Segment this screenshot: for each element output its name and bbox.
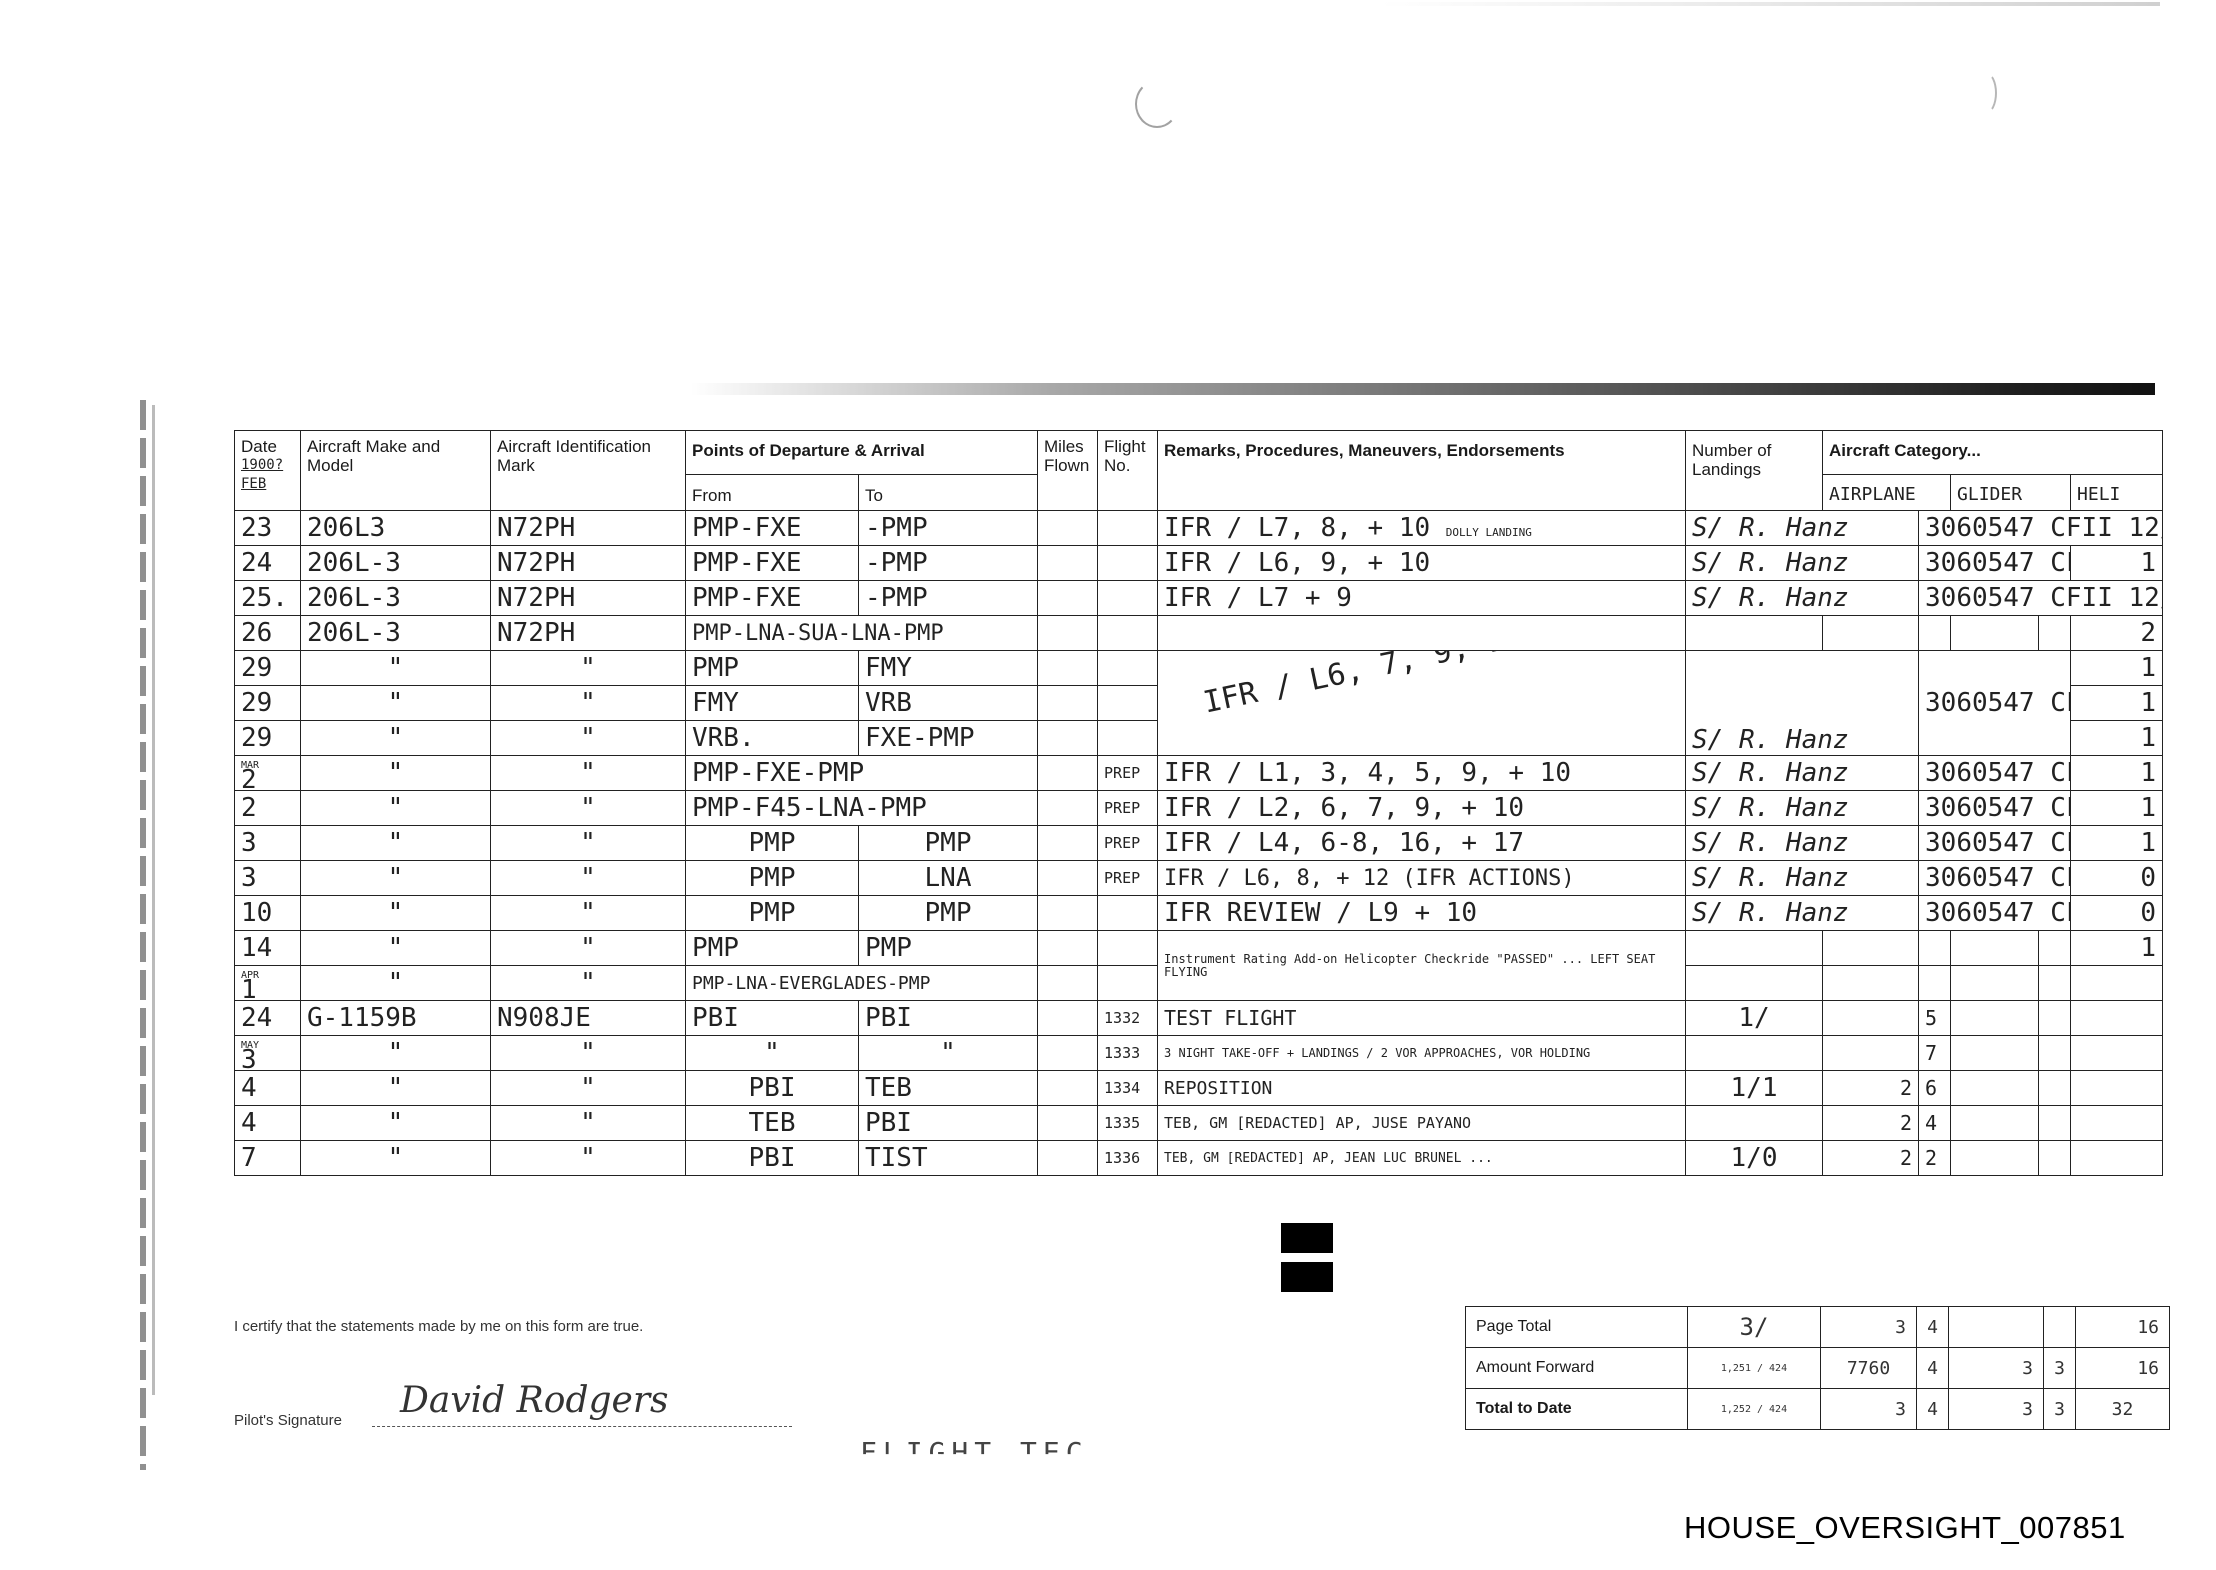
total-to-date-airplane: 3 [1821,1389,1917,1430]
amount-forward-glider: 3 [1949,1348,2044,1389]
cell-cfi-cert: 3060547 CFII 12/01 [1919,511,2163,546]
cell-miles [1038,861,1098,896]
cell-landings: 1/1 [1686,1071,1823,1106]
cell-ident: " [491,826,686,861]
cell-miles [1038,546,1098,581]
cell-make: " [301,896,491,931]
cell-flight [1098,686,1158,721]
cell-airplane: 2 [1823,1141,1919,1176]
cell-remarks: IFR / L1, 3, 4, 5, 9, + 10 [1158,756,1686,791]
cell-cat [1919,616,1951,651]
cell-heli [2071,1106,2163,1141]
cell-date: 24 [235,1001,301,1036]
total-to-date-airplane-min: 4 [1917,1389,1949,1430]
cell-make: 206L3 [301,511,491,546]
header-from: From [686,475,859,511]
cell-ident: " [491,1141,686,1176]
table-row: 29 " " PMP FMY IFR / L6, 7, 9, 10 + 11 S… [235,651,2163,686]
cell-cfi-cert: 3060547 CFII 12/01 [1919,896,2071,931]
cell-endorsement: S/ R. Hanz [1686,581,1919,616]
cell-flight: 1334 [1098,1071,1158,1106]
cell-remarks: IFR / L2, 6, 7, 9, + 10 [1158,791,1686,826]
header-cat-glider: GLIDER [1951,475,2071,511]
cell-cat [1951,616,2039,651]
cell-remarks: Instrument Rating Add-on Helicopter Chec… [1158,931,1686,1001]
cell-cat [2039,1071,2071,1106]
cell-remarks: TEB, GM [REDACTED] AP, JEAN LUC BRUNEL .… [1158,1141,1686,1176]
total-to-date-landings: 1,252 / 424 [1688,1389,1821,1430]
cell-heli [2071,1071,2163,1106]
totals-table: Page Total 3/ 3 4 16 Amount Forward 1,25… [1465,1306,2170,1430]
cell-airplane-minutes: 7 [1919,1036,1951,1071]
cell-remarks: IFR / L6, 7, 9, 10 + 11 [1158,651,1686,756]
cell-date: 23 [235,511,301,546]
header-miles: Miles Flown [1038,431,1098,511]
cell-ident: " [491,931,686,966]
cell-to: PBI [859,1001,1038,1036]
cell-heli: 1 [2071,546,2163,581]
amount-forward-glider-min: 3 [2044,1348,2076,1389]
cell-cat [1951,966,2039,1001]
cell-endorsement: S/ R. Hanz [1686,546,1919,581]
cell-airplane-minutes: 2 [1919,1141,1951,1176]
cell-miles [1038,931,1098,966]
cell-to: TEB [859,1071,1038,1106]
cell-cat [2039,1141,2071,1176]
table-row: 23 206L3 N72PH PMP-FXE -PMP IFR / L7, 8,… [235,511,2163,546]
cell-miles [1038,966,1098,1001]
table-row: 24 G-1159B N908JE PBI PBI 1332 TEST FLIG… [235,1001,2163,1036]
cell-date: MAY3 [235,1036,301,1071]
cell-remarks: REPOSITION [1158,1071,1686,1106]
header-cat-airplane: AIRPLANE [1823,475,1951,511]
cell-cat [1823,616,1919,651]
cell-cfi-cert: 3060547 CFII 12/01 [1919,791,2071,826]
cell-flight [1098,966,1158,1001]
cell-to: PMP [859,931,1038,966]
cell-heli [2071,1036,2163,1071]
cell-landings [1686,1106,1823,1141]
cell-airplane: 2 [1823,1071,1919,1106]
cell-airplane-minutes: 6 [1919,1071,1951,1106]
cell-cfi-cert: 3060547 CFII 12/01 [1919,546,2071,581]
cell-heli [2071,1001,2163,1036]
total-to-date-heli: 32 [2076,1389,2170,1430]
cell-endorsement: S/ R. Hanz [1686,651,1919,756]
cell-cat [1951,1071,2039,1106]
header-make-model: Aircraft Make and Model [301,431,491,511]
table-row: 7 " " PBI TIST 1336 TEB, GM [REDACTED] A… [235,1141,2163,1176]
cell-date: 26 [235,616,301,651]
cell-ident: N908JE [491,1001,686,1036]
cell-date: 29 [235,651,301,686]
certification-text: I certify that the statements made by me… [234,1318,643,1335]
cell-endorsement: S/ R. Hanz [1686,511,1919,546]
cell-cat [1919,931,1951,966]
cell-remarks: 3 NIGHT TAKE-OFF + LANDINGS / 2 VOR APPR… [1158,1036,1686,1071]
cell-cat [2039,1001,2071,1036]
cell-flight [1098,651,1158,686]
cell-flight [1098,511,1158,546]
cell-ident: " [491,1036,686,1071]
cell-cat [2039,616,2071,651]
cell-make: " [301,651,491,686]
cell-date: 4 [235,1106,301,1141]
cell-from: VRB. [686,721,859,756]
cell-heli: 1 [2071,721,2163,756]
cell-airplane: 2 [1823,1106,1919,1141]
cell-to: -PMP [859,511,1038,546]
signature-line [372,1426,792,1427]
cell-ident: N72PH [491,546,686,581]
cell-heli: 2 [2071,616,2163,651]
cell-remarks [1158,616,1686,651]
cell-to: PBI [859,1106,1038,1141]
scan-edge-top [1380,2,2160,6]
cell-miles [1038,791,1098,826]
cell-flight: 1336 [1098,1141,1158,1176]
cell-ident: N72PH [491,581,686,616]
cell-date: 3 [235,826,301,861]
header-cat-heli: HELI [2071,475,2163,511]
cell-airplane [1823,1036,1919,1071]
cell-endorsement: S/ R. Hanz [1686,826,1919,861]
cell-heli: 1 [2071,651,2163,686]
cell-route: PMP-F45-LNA-PMP [686,791,1038,826]
date-day: 2 [241,773,294,787]
binding-edge [140,400,146,1470]
cell-from: PMP-FXE [686,511,859,546]
cell-miles [1038,896,1098,931]
remarks-note: DOLLY LANDING [1446,526,1532,539]
cell-date: MAR2 [235,756,301,791]
cell-landings [1686,966,1823,1001]
cell-cat [1951,1141,2039,1176]
cell-cat [1919,966,1951,1001]
page-total-airplane: 3 [1821,1307,1917,1348]
cell-ident: " [491,966,686,1001]
cell-cfi-cert: 3060547 CFII 12/01 [1919,651,2071,756]
cell-ident: " [491,791,686,826]
cell-heli [2071,1141,2163,1176]
cell-cat [2039,966,2071,1001]
header-landings: Number of Landings [1686,431,1823,511]
cell-miles [1038,1071,1098,1106]
amount-forward-airplane: 7760 [1821,1348,1917,1389]
cell-endorsement: S/ R. Hanz [1686,756,1919,791]
cell-flight [1098,616,1158,651]
cell-from: PMP [686,931,859,966]
cell-make: " [301,1036,491,1071]
cell-flight: 1332 [1098,1001,1158,1036]
cell-remarks: IFR / L6, 9, + 10 [1158,546,1686,581]
cell-heli [2071,966,2163,1001]
header-date-label: Date [241,437,294,456]
cell-from: PMP [686,651,859,686]
cell-miles [1038,826,1098,861]
pilot-signature: David Rodgers [400,1380,669,1421]
cell-make: 206L-3 [301,616,491,651]
cell-make: 206L-3 [301,581,491,616]
header-date: Date 1900? FEB [235,431,301,511]
cell-ident: " [491,721,686,756]
cell-ident: N72PH [491,511,686,546]
cell-cfi-cert: 3060547 CFII 12/01 [1919,581,2163,616]
page-total-glider-min [2044,1307,2076,1348]
cell-make: " [301,931,491,966]
cell-cat [1823,966,1919,1001]
cell-make: " [301,686,491,721]
cell-cat [1951,1036,2039,1071]
redaction-block [1281,1223,1333,1253]
cell-from: PBI [686,1001,859,1036]
cell-from: TEB [686,1106,859,1141]
cell-landings: 1/0 [1686,1141,1823,1176]
cell-ident: " [491,861,686,896]
cell-ident: " [491,1071,686,1106]
cell-to: FXE-PMP [859,721,1038,756]
cell-remarks: IFR / L7, 8, + 10 DOLLY LANDING [1158,511,1686,546]
cell-remarks: TEB, GM [REDACTED] AP, JUSE PAYANO [1158,1106,1686,1141]
cell-from: PMP [686,896,859,931]
cell-heli: 1 [2071,756,2163,791]
cell-cat [1951,1001,2039,1036]
pilot-signature-label: Pilot's Signature [234,1412,342,1429]
header-points: Points of Departure & Arrival [686,431,1038,475]
cell-airplane-minutes: 4 [1919,1106,1951,1141]
page-total-label: Page Total [1466,1307,1688,1348]
cell-cat [2039,1106,2071,1141]
cell-to: TIST [859,1141,1038,1176]
cell-remarks: TEST FLIGHT [1158,1001,1686,1036]
cell-flight: PREP [1098,791,1158,826]
cell-heli: 0 [2071,861,2163,896]
cell-make: " [301,826,491,861]
cell-ident: " [491,896,686,931]
header-year: 1900? [241,456,294,475]
date-day: 3 [241,1053,294,1067]
cell-to: PMP [859,896,1038,931]
page-total-glider [1949,1307,2044,1348]
cell-date: 29 [235,721,301,756]
cell-make: " [301,966,491,1001]
cell-ident: N72PH [491,616,686,651]
cell-landings [1686,1036,1823,1071]
table-row: 4 " " PBI TEB 1334 REPOSITION 1/1 2 6 [235,1071,2163,1106]
cell-make: " [301,861,491,896]
cell-date: 29 [235,686,301,721]
cell-make: 206L-3 [301,546,491,581]
cell-from: " [686,1036,859,1071]
cell-remarks: IFR / L7 + 9 [1158,581,1686,616]
table-row: 10 " " PMP PMP IFR REVIEW / L9 + 10 S/ R… [235,896,2163,931]
cell-cat [2039,931,2071,966]
cell-flight: 1333 [1098,1036,1158,1071]
table-row: 3 " " PMP LNA PREP IFR / L6, 8, + 12 (IF… [235,861,2163,896]
cell-heli: 1 [2071,931,2163,966]
cell-date: 2 [235,791,301,826]
amount-forward-heli: 16 [2076,1348,2170,1389]
total-to-date-label: Total to Date [1466,1389,1688,1430]
header-ident-mark: Aircraft Identification Mark [491,431,686,511]
cell-heli: 1 [2071,791,2163,826]
cell-landings: 1/ [1686,1001,1823,1036]
cell-heli: 1 [2071,826,2163,861]
cell-airplane [1823,1001,1919,1036]
cell-date: 3 [235,861,301,896]
cell-to: LNA [859,861,1038,896]
cell-flight: 1335 [1098,1106,1158,1141]
cell-make: G-1159B [301,1001,491,1036]
cell-cat [1823,931,1919,966]
cell-miles [1038,511,1098,546]
cell-from: PMP-FXE [686,581,859,616]
cell-from: FMY [686,686,859,721]
cell-from: PBI [686,1071,859,1106]
page-total-heli: 16 [2076,1307,2170,1348]
cell-make: " [301,1071,491,1106]
total-to-date-row: Total to Date 1,252 / 424 3 4 3 3 32 [1466,1389,2170,1430]
cell-miles [1038,651,1098,686]
cell-landings [1686,931,1823,966]
amount-forward-row: Amount Forward 1,251 / 424 7760 4 3 3 16 [1466,1348,2170,1389]
remarks-text: IFR / L7, 8, + 10 [1164,513,1430,543]
amount-forward-label: Amount Forward [1466,1348,1688,1389]
cell-miles [1038,1036,1098,1071]
logbook-table: Date 1900? FEB Aircraft Make and Model A… [234,430,2162,1176]
page-total-row: Page Total 3/ 3 4 16 [1466,1307,2170,1348]
cell-miles [1038,1001,1098,1036]
cell-remarks: IFR REVIEW / L9 + 10 [1158,896,1686,931]
cell-make: " [301,791,491,826]
table-row: MAY3 " " " " 1333 3 NIGHT TAKE-OFF + LAN… [235,1036,2163,1071]
cell-make: " [301,1106,491,1141]
cell-miles [1038,616,1098,651]
cell-ident: " [491,1106,686,1141]
cell-cfi-cert: 3060547 CFII 12/01 [1919,826,2071,861]
bottom-handwriting: FLIGHT TEC... [860,1436,1157,1469]
cell-ident: " [491,686,686,721]
cell-endorsement: S/ R. Hanz [1686,791,1919,826]
cell-landings [1686,616,1823,651]
cell-remarks: IFR / L6, 8, + 12 (IFR ACTIONS) [1158,861,1686,896]
total-to-date-glider: 3 [1949,1389,2044,1430]
cell-from: PMP [686,826,859,861]
cell-airplane-minutes: 5 [1919,1001,1951,1036]
cell-route: PMP-LNA-EVERGLADES-PMP [686,966,1038,1001]
table-row: MAR2 " " PMP-FXE-PMP PREP IFR / L1, 3, 4… [235,756,2163,791]
cell-date: 10 [235,896,301,931]
table-row: 25. 206L-3 N72PH PMP-FXE -PMP IFR / L7 +… [235,581,2163,616]
cell-route: PMP-LNA-SUA-LNA-PMP [686,616,1038,651]
cell-cat [2039,1036,2071,1071]
cell-date: 25. [235,581,301,616]
cell-ident: " [491,756,686,791]
cell-date: 4 [235,1071,301,1106]
header-to: To [859,475,1038,511]
cell-ident: " [491,651,686,686]
table-row: 2 " " PMP-F45-LNA-PMP PREP IFR / L2, 6, … [235,791,2163,826]
cell-from: PMP-FXE [686,546,859,581]
table-row: 4 " " TEB PBI 1335 TEB, GM [REDACTED] AP… [235,1106,2163,1141]
scan-mark [1135,80,1179,128]
remarks-diagonal: IFR / L6, 7, 9, 10 + 11 [1200,651,1672,721]
cell-heli: 1 [2071,686,2163,721]
amount-forward-landings: 1,251 / 424 [1688,1348,1821,1389]
table-row: 3 " " PMP PMP PREP IFR / L4, 6-8, 16, + … [235,826,2163,861]
scan-mark [1975,72,1997,114]
cell-to: -PMP [859,546,1038,581]
cell-cfi-cert: 3060547 CFII 12/01 [1919,861,2071,896]
cell-date: 14 [235,931,301,966]
date-day: 1 [241,983,294,997]
cell-flight [1098,721,1158,756]
header-category: Aircraft Category... [1823,431,2163,475]
cell-flight [1098,581,1158,616]
cell-make: " [301,756,491,791]
cell-miles [1038,721,1098,756]
total-to-date-glider-min: 3 [2044,1389,2076,1430]
cell-miles [1038,581,1098,616]
cell-flight: PREP [1098,826,1158,861]
cell-cat [1951,1106,2039,1141]
amount-forward-airplane-min: 4 [1917,1348,1949,1389]
cell-cfi-cert: 3060547 CFII 12/01 [1919,756,2071,791]
header-remarks: Remarks, Procedures, Maneuvers, Endorsem… [1158,431,1686,511]
cell-flight [1098,931,1158,966]
cell-miles [1038,1141,1098,1176]
cell-to: FMY [859,651,1038,686]
header-flight-no: Flight No. [1098,431,1158,511]
cell-remarks: IFR / L4, 6-8, 16, + 17 [1158,826,1686,861]
cell-make: " [301,1141,491,1176]
cell-miles [1038,756,1098,791]
bates-number: HOUSE_OVERSIGHT_007851 [1684,1510,2126,1546]
cell-date: 24 [235,546,301,581]
cell-flight: PREP [1098,756,1158,791]
cell-endorsement: S/ R. Hanz [1686,861,1919,896]
cell-miles [1038,686,1098,721]
cell-to: VRB [859,686,1038,721]
cell-make: " [301,721,491,756]
scan-shadow-bar [690,383,2155,395]
cell-from: PMP [686,861,859,896]
table-row: 24 206L-3 N72PH PMP-FXE -PMP IFR / L6, 9… [235,546,2163,581]
cell-flight [1098,546,1158,581]
page-total-landings: 3/ [1688,1307,1821,1348]
page-total-airplane-min: 4 [1917,1307,1949,1348]
cell-to: -PMP [859,581,1038,616]
cell-to: " [859,1036,1038,1071]
cell-route: PMP-FXE-PMP [686,756,1038,791]
cell-cat [1951,931,2039,966]
cell-heli: 0 [2071,896,2163,931]
cell-from: PBI [686,1141,859,1176]
cell-endorsement: S/ R. Hanz [1686,896,1919,931]
binding-edge-inner [152,405,155,1395]
table-row: 26 206L-3 N72PH PMP-LNA-SUA-LNA-PMP 2 [235,616,2163,651]
cell-date: APR1 [235,966,301,1001]
cell-to: PMP [859,826,1038,861]
cell-miles [1038,1106,1098,1141]
table-row: 14 " " PMP PMP Instrument Rating Add-on … [235,931,2163,966]
cell-date: 7 [235,1141,301,1176]
header-month: FEB [241,475,294,494]
cell-flight [1098,896,1158,931]
redaction-block [1281,1262,1333,1292]
cell-flight: PREP [1098,861,1158,896]
